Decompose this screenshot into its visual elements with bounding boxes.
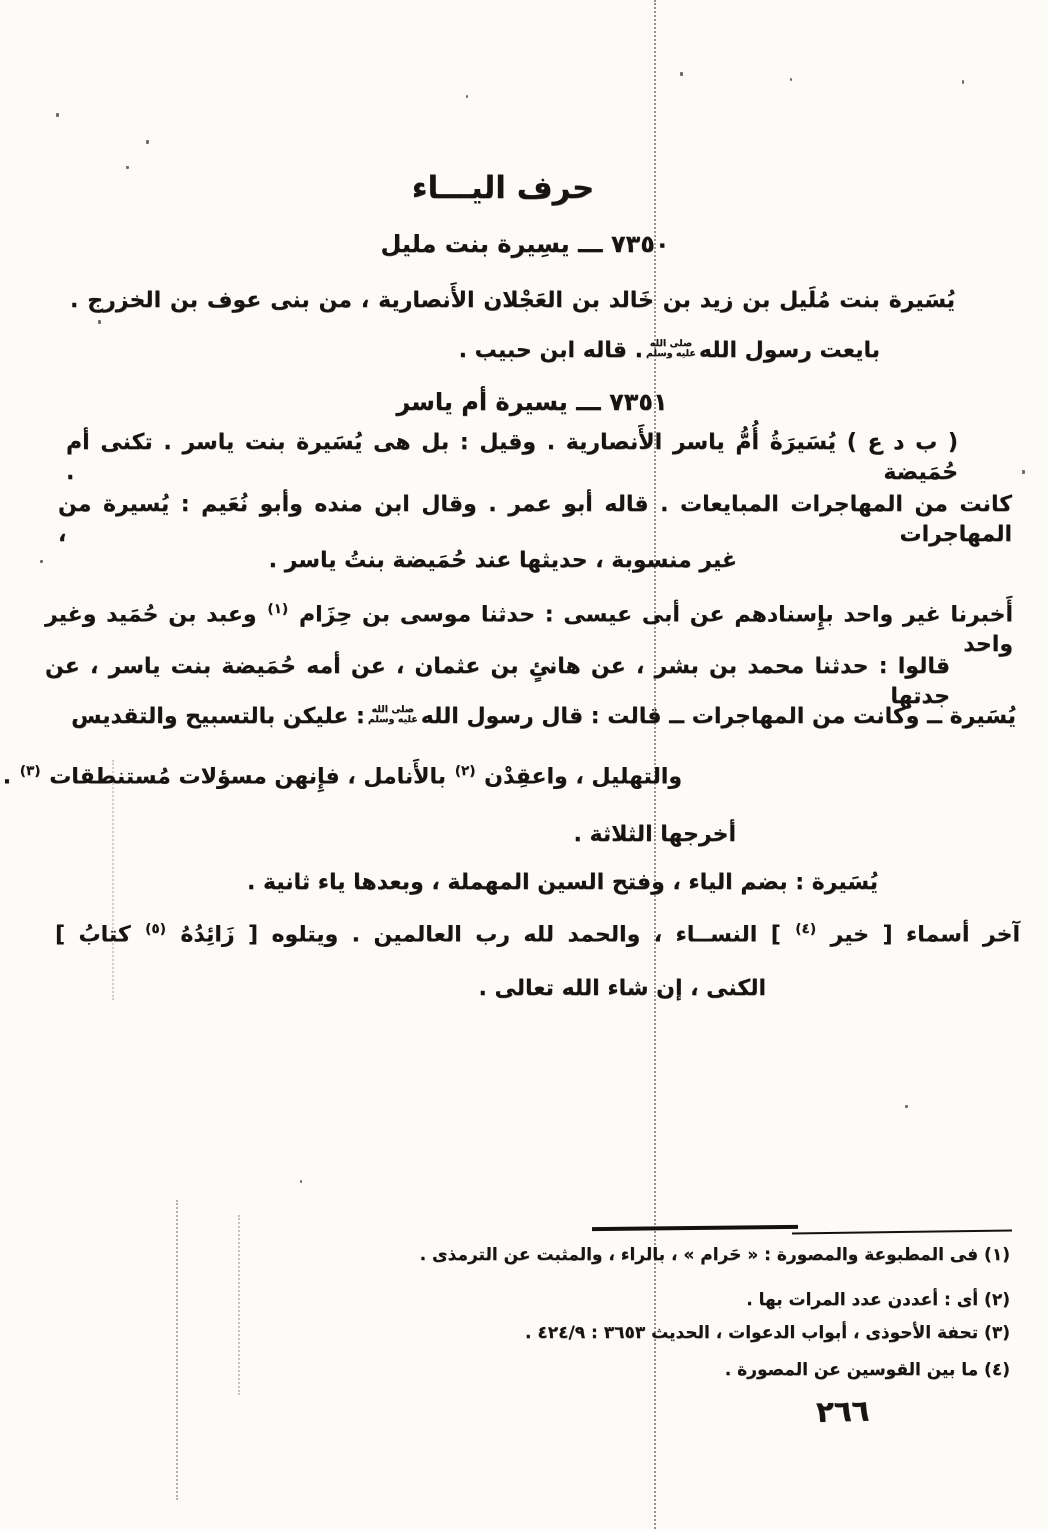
footnote-separator bbox=[592, 1225, 798, 1231]
pbuh-mark: صلى اللهعليه وسلم bbox=[646, 339, 696, 360]
margin-artifact-2 bbox=[238, 1215, 240, 1395]
ink-speck bbox=[56, 113, 59, 117]
footnote-ref-1: (١) bbox=[266, 601, 289, 617]
entry-7350-line-2: بايعت رسول اللهصلى اللهعليه وسلم. قاله ا… bbox=[459, 336, 880, 366]
ink-speck bbox=[790, 78, 792, 81]
ink-speck bbox=[300, 1180, 302, 1183]
line-text: : عليكن بالتسبيح والتقديس bbox=[71, 704, 365, 729]
line-text: كتابُ ] bbox=[55, 922, 131, 947]
footnote-4: (٤) ما بين القوسين عن المصورة . bbox=[725, 1360, 1010, 1380]
ink-speck bbox=[680, 72, 683, 76]
footnote-1: (١) فى المطبوعة والمصورة : « حَرام » ، ب… bbox=[420, 1245, 1010, 1265]
isnad-line-1: أَخبرنا غير واحد بإِسنادهم عن أبى عيسى :… bbox=[45, 600, 1013, 660]
entry-7350-heading: ٧٣٥٠ ـــ يسِيرة بنت مليل bbox=[340, 230, 710, 258]
name-vocalization-line: يُسَيرة : بضم الياء ، وفتح السين المهملة… bbox=[247, 868, 878, 898]
chapter-title: حرف اليـــاء bbox=[353, 170, 653, 206]
takhrij-line: أخرجها الثلاثة . bbox=[574, 820, 737, 850]
page-number: ٢٦٦ bbox=[816, 1393, 870, 1428]
line-text: يُسَيرة ــ وكانت من المهاجرات ــ قالت : … bbox=[421, 704, 1016, 729]
line-text: والتهليل ، واعقِدْن bbox=[484, 764, 682, 789]
ink-speck bbox=[126, 166, 129, 169]
entry-7351-heading: ٧٣٥١ ـــ يسيرة أم ياسر bbox=[352, 388, 712, 416]
entry-7351-line-2: كانت من المهاجرات المبايعات . قاله أبو ع… bbox=[58, 490, 1012, 549]
line-text: . قاله ابن حبيب . bbox=[459, 338, 643, 363]
colophon-line-2: الكنى ، إن شاء الله تعالى . bbox=[478, 974, 766, 1004]
footnote-ref-2: (٢) bbox=[454, 763, 477, 779]
footnote-ref-4: (٤) bbox=[794, 921, 817, 937]
ink-speck bbox=[962, 80, 964, 84]
colophon-line-1: آخر أسماء [ خير (٤) ] النســاء ، والحمد … bbox=[55, 920, 1020, 950]
footnote-2: (٢) أى : أعددن عدد المرات بها . bbox=[746, 1290, 1010, 1310]
ink-speck bbox=[146, 140, 149, 144]
margin-artifact-3 bbox=[112, 760, 114, 1000]
scanned-book-page: حرف اليـــاء ٧٣٥٠ ـــ يسِيرة بنت مليل يُ… bbox=[0, 0, 1048, 1529]
line-text: . bbox=[3, 764, 11, 789]
footnote-ref-5: (٥) bbox=[144, 921, 167, 937]
footnote-ref-3: (٣) bbox=[19, 763, 42, 779]
line-text: بالأَنامل ، فإِنهن مسؤلات مُستنطقات bbox=[49, 764, 446, 789]
entry-7351-line-3: غير منسوبة ، حديثها عند حُمَيضة بنتُ ياس… bbox=[269, 546, 737, 576]
ink-speck bbox=[466, 95, 468, 98]
ink-speck bbox=[905, 1105, 908, 1108]
line-text: ] النســاء ، والحمد لله رب العالمين . وي… bbox=[180, 922, 780, 947]
margin-artifact-1 bbox=[176, 1200, 178, 1500]
hadith-line-1: يُسَيرة ــ وكانت من المهاجرات ــ قالت : … bbox=[71, 702, 1016, 732]
hadith-line-2: والتهليل ، واعقِدْن (٢) بالأَنامل ، فإِن… bbox=[3, 762, 682, 792]
ink-speck bbox=[40, 560, 43, 563]
entry-7350-line-1: يُسَيرة بنت مُلَيل بن زيد بن خَالد بن ال… bbox=[70, 286, 955, 316]
footnote-separator bbox=[792, 1229, 1012, 1234]
line-text: بايعت رسول الله bbox=[699, 338, 880, 363]
ink-speck bbox=[98, 320, 101, 324]
line-text: آخر أسماء [ خير bbox=[831, 922, 1020, 947]
ink-speck bbox=[1022, 470, 1025, 474]
footnote-3: (٣) تحفة الأحوذى ، أبواب الدعوات ، الحدي… bbox=[525, 1323, 1010, 1343]
line-text: أَخبرنا غير واحد بإِسنادهم عن أبى عيسى :… bbox=[299, 602, 1013, 627]
pbuh-mark: صلى اللهعليه وسلم bbox=[368, 705, 418, 726]
entry-7351-line-1: ( ب د ع ) يُسَيرَةُ أُمُّ ياسر الأَنصاري… bbox=[66, 428, 958, 487]
